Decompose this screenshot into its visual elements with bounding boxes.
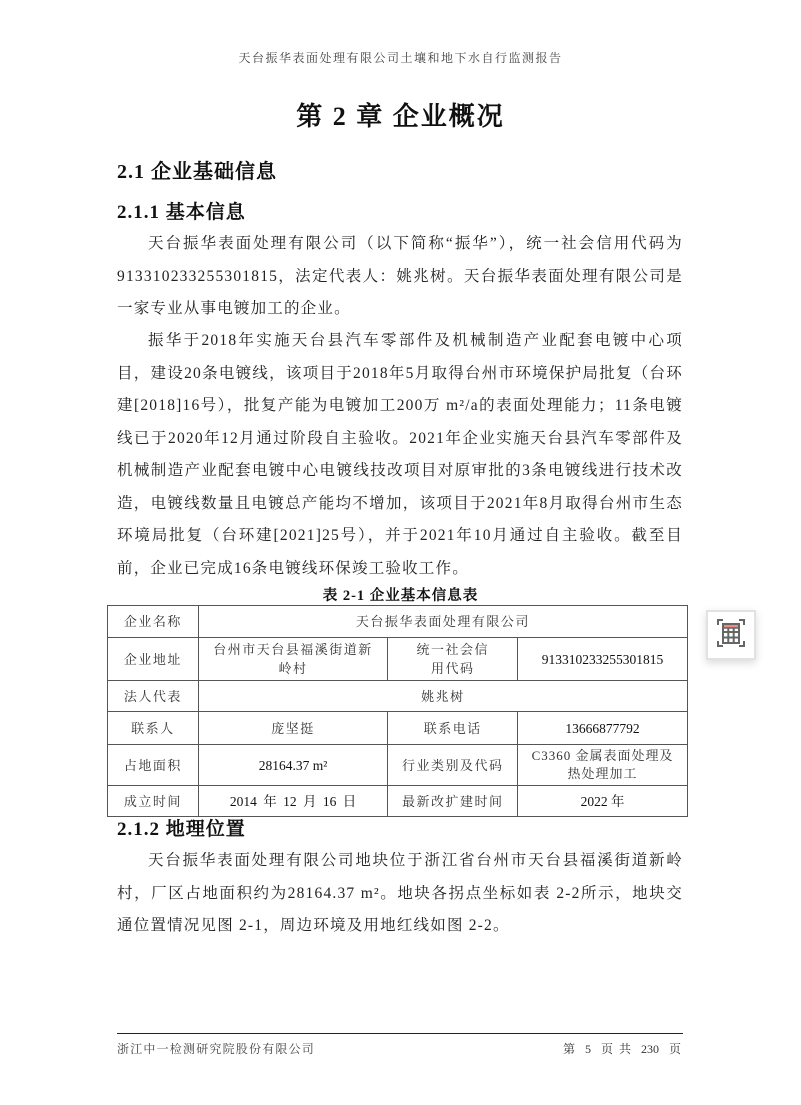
cell-label: 占地面积 [108, 745, 199, 786]
running-header: 天台振华表面处理有限公司土壤和地下水自行监测报告 [0, 49, 801, 66]
table-recognition-icon [716, 618, 746, 653]
cell-value: 28164.37 m² [198, 745, 388, 786]
cell-value: C3360 金属表面处理及热处理加工 [518, 745, 688, 786]
page-number-indicator: 第 5 页 共 230 页 [561, 1040, 683, 1057]
cell-label: 行业类别及代码 [388, 745, 518, 786]
page-prefix: 第 [563, 1042, 575, 1056]
cell-label: 成立时间 [108, 786, 199, 817]
section-heading-2-1-1: 2.1.1 基本信息 [117, 197, 246, 224]
cell-value: 姚兆树 [198, 681, 687, 712]
page-suffix: 页 [669, 1042, 681, 1056]
cell-label: 最新改扩建时间 [388, 786, 518, 817]
cell-value: 庞坚挺 [198, 712, 388, 745]
cell-value: 13666877792 [518, 712, 688, 745]
cell-value: 天台振华表面处理有限公司 [198, 606, 687, 638]
cell-label: 联系电话 [388, 712, 518, 745]
company-info-table: 企业名称 天台振华表面处理有限公司 企业地址 台州市天台县福溪街道新岭村 统一社… [107, 605, 688, 817]
cell-value: 913310233255301815 [518, 638, 688, 681]
table-row: 成立时间 2014 年 12 月 16 日 最新改扩建时间 2022 年 [108, 786, 688, 817]
section-heading-2-1: 2.1 企业基础信息 [117, 155, 277, 184]
cell-label: 联系人 [108, 712, 199, 745]
cell-label: 企业名称 [108, 606, 199, 638]
cell-value: 台州市天台县福溪街道新岭村 [198, 638, 388, 681]
cell-label: 法人代表 [108, 681, 199, 712]
table-row: 联系人 庞坚挺 联系电话 13666877792 [108, 712, 688, 745]
cell-value: 2014 年 12 月 16 日 [198, 786, 388, 817]
paragraph-basic-info-2: 振华于2018年实施天台县汽车零部件及机械制造产业配套电镀中心项目，建设20条电… [117, 325, 683, 585]
table-caption: 表 2-1 企业基本信息表 [0, 584, 801, 605]
table-row: 企业名称 天台振华表面处理有限公司 [108, 606, 688, 638]
chapter-title: 第 2 章 企业概况 [0, 96, 801, 133]
cell-label: 统一社会信用代码 [388, 638, 518, 681]
table-row: 法人代表 姚兆树 [108, 681, 688, 712]
cell-value: 2022 年 [518, 786, 688, 817]
page-total: 230 [641, 1042, 659, 1056]
section-heading-2-1-2: 2.1.2 地理位置 [117, 814, 246, 841]
page-mid: 页 共 [601, 1042, 631, 1056]
cell-label: 企业地址 [108, 638, 199, 681]
table-row: 企业地址 台州市天台县福溪街道新岭村 统一社会信用代码 913310233255… [108, 638, 688, 681]
paragraph-basic-info-1: 天台振华表面处理有限公司（以下简称“振华”），统一社会信用代码为91331023… [117, 228, 683, 326]
footer-divider [117, 1033, 683, 1034]
footer-organization: 浙江中一检测研究院股份有限公司 [117, 1040, 315, 1057]
table-recognition-button[interactable] [706, 610, 756, 660]
paragraph-location: 天台振华表面处理有限公司地块位于浙江省台州市天台县福溪街道新岭村，厂区占地面积约… [117, 845, 683, 943]
table-row: 占地面积 28164.37 m² 行业类别及代码 C3360 金属表面处理及热处… [108, 745, 688, 786]
page-number: 5 [585, 1042, 591, 1056]
